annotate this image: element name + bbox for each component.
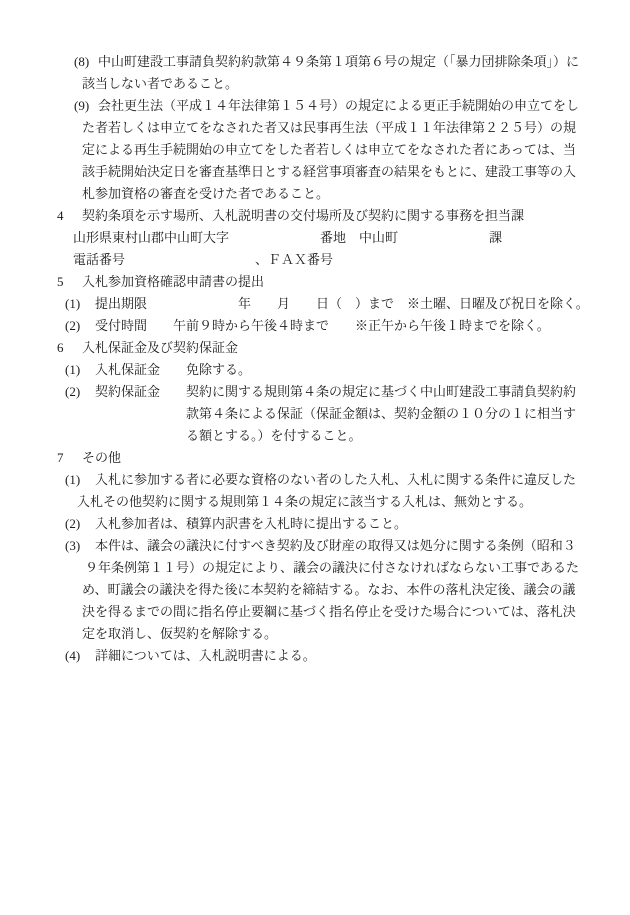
list-marker: (4) [65, 645, 95, 667]
line-text: 入札保証金及び契約保証金 [82, 340, 238, 355]
document-line: (1)入札に参加する者に必要な資格のない者のした入札、入札に関する条件に違反した [0, 469, 630, 491]
line-text: 契約条項を示す場所、入札説明書の交付場所及び契約に関する事務を担当課 [82, 208, 524, 223]
line-text: 入札に参加する者に必要な資格のない者のした入札、入札に関する条件に違反した [95, 472, 576, 487]
document-line: め、町議会の議決を得た後に本契約を締結する。なお、本件の落札決定後、議会の議 [0, 579, 630, 601]
line-text: 入札参加資格確認申請書の提出 [82, 274, 264, 289]
document-line: (8)中山町建設工事請負契約約款第４９条第１項第６号の規定（「暴力団排除条項」）… [0, 51, 630, 73]
line-text: 契約保証金 契約に関する規則第４条の規定に基づく中山町建設工事請負契約約 [95, 384, 576, 399]
document-line: 款第４条による保証（保証金額は、契約金額の１０分の１に相当す [0, 403, 630, 425]
document-line: (1)入札保証金 免除する。 [0, 359, 630, 381]
list-marker: (1) [65, 293, 95, 315]
document-line: (2)契約保証金 契約に関する規則第４条の規定に基づく中山町建設工事請負契約約 [0, 381, 630, 403]
document-line: 5入札参加資格確認申請書の提出 [0, 271, 630, 293]
line-text: 定による再生手続開始の申立てをした者若しくは申立てをなされた者にあっては、当 [82, 142, 576, 157]
line-text: 本件は、議会の議決に付すべき契約及び財産の取得又は処分に関する条例（昭和３ [95, 538, 576, 553]
line-text: 札参加資格の審査を受けた者であること。 [82, 186, 329, 201]
list-marker: 5 [57, 271, 82, 293]
document-line: 6入札保証金及び契約保証金 [0, 337, 630, 359]
line-text: 電話番号 、ＦＡＸ番号 [73, 252, 333, 267]
line-text: る額とする。）を付すること。 [186, 428, 362, 443]
list-marker: (2) [65, 381, 95, 403]
document-line: 山形県東村山郡中山町大字 番地 中山町 課 [0, 227, 630, 249]
line-text: 該手続開始決定日を審査基準日とする経営事項審査の結果をもとに、建設工事等の入 [82, 164, 576, 179]
line-text: た者若しくは申立てをなされた者又は民事再生法（平成１１年法律第２２５号）の規 [82, 120, 576, 135]
list-marker: (1) [65, 359, 95, 381]
line-text: 中山町建設工事請負契約約款第４９条第１項第６号の規定（「暴力団排除条項」）に [98, 54, 579, 69]
document-line: ９年条例第１１号）の規定により、議会の議決に付さなければならない工事であるた [0, 557, 630, 579]
list-marker: (9) [74, 95, 98, 117]
list-marker: 7 [57, 447, 82, 469]
document-body: (8)中山町建設工事請負契約約款第４９条第１項第６号の規定（「暴力団排除条項」）… [0, 51, 630, 667]
list-marker: (8) [74, 51, 98, 73]
document-line: (9)会社更生法（平成１４年法律第１５４号）の規定による更正手続開始の申立てをし [0, 95, 630, 117]
line-text: 款第４条による保証（保証金額は、契約金額の１０分の１に相当す [186, 406, 576, 421]
document-line: 電話番号 、ＦＡＸ番号 [0, 249, 630, 271]
line-text: 決を得るまでの間に指名停止要綱に基づく指名停止を受けた場合については、落札決 [82, 604, 576, 619]
document-line: た者若しくは申立てをなされた者又は民事再生法（平成１１年法律第２２５号）の規 [0, 117, 630, 139]
document-line: (2)受付時間 午前９時から午後４時まで ※正午から午後１時までを除く。 [0, 315, 630, 337]
document-line: 該手続開始決定日を審査基準日とする経営事項審査の結果をもとに、建設工事等の入 [0, 161, 630, 183]
document-line: 7その他 [0, 447, 630, 469]
document-line: (1)提出期限 年 月 日（ ）まで ※土曜、日曜及び祝日を除く。 [0, 293, 630, 315]
list-marker: (1) [65, 469, 95, 491]
document-line: 入札その他契約に関する規則第１４条の規定に該当する入札は、無効とする。 [0, 491, 630, 513]
document-page: (8)中山町建設工事請負契約約款第４９条第１項第６号の規定（「暴力団排除条項」）… [0, 0, 630, 915]
line-text: 該当しない者であること。 [82, 76, 238, 91]
line-text: その他 [82, 450, 121, 465]
document-line: (2)入札参加者は、積算内訳書を入札時に提出すること。 [0, 513, 630, 535]
list-marker: (2) [65, 315, 95, 337]
line-text: 入札保証金 免除する。 [95, 362, 251, 377]
document-line: 決を得るまでの間に指名停止要綱に基づく指名停止を受けた場合については、落札決 [0, 601, 630, 623]
document-line: 定を取消し、仮契約を解除する。 [0, 623, 630, 645]
line-text: 入札その他契約に関する規則第１４条の規定に該当する入札は、無効とする。 [77, 494, 532, 509]
line-text: 詳細については、入札説明書による。 [95, 648, 316, 663]
line-text: 会社更生法（平成１４年法律第１５４号）の規定による更正手続開始の申立てをし [98, 98, 579, 113]
line-text: 定を取消し、仮契約を解除する。 [82, 626, 277, 641]
line-text: 受付時間 午前９時から午後４時まで ※正午から午後１時までを除く。 [95, 318, 550, 333]
document-line: (4)詳細については、入札説明書による。 [0, 645, 630, 667]
document-line: 該当しない者であること。 [0, 73, 630, 95]
line-text: ９年条例第１１号）の規定により、議会の議決に付さなければならない工事であるた [85, 560, 579, 575]
document-line: る額とする。）を付すること。 [0, 425, 630, 447]
document-line: (3)本件は、議会の議決に付すべき契約及び財産の取得又は処分に関する条例（昭和３ [0, 535, 630, 557]
line-text: 提出期限 年 月 日（ ）まで ※土曜、日曜及び祝日を除く。 [95, 296, 589, 311]
line-text: 山形県東村山郡中山町大字 番地 中山町 課 [73, 230, 502, 245]
list-marker: 4 [57, 205, 82, 227]
document-line: 定による再生手続開始の申立てをした者若しくは申立てをなされた者にあっては、当 [0, 139, 630, 161]
document-line: 札参加資格の審査を受けた者であること。 [0, 183, 630, 205]
list-marker: (3) [65, 535, 95, 557]
line-text: 入札参加者は、積算内訳書を入札時に提出すること。 [95, 516, 407, 531]
document-line: 4契約条項を示す場所、入札説明書の交付場所及び契約に関する事務を担当課 [0, 205, 630, 227]
list-marker: 6 [57, 337, 82, 359]
list-marker: (2) [65, 513, 95, 535]
line-text: め、町議会の議決を得た後に本契約を締結する。なお、本件の落札決定後、議会の議 [82, 582, 575, 597]
